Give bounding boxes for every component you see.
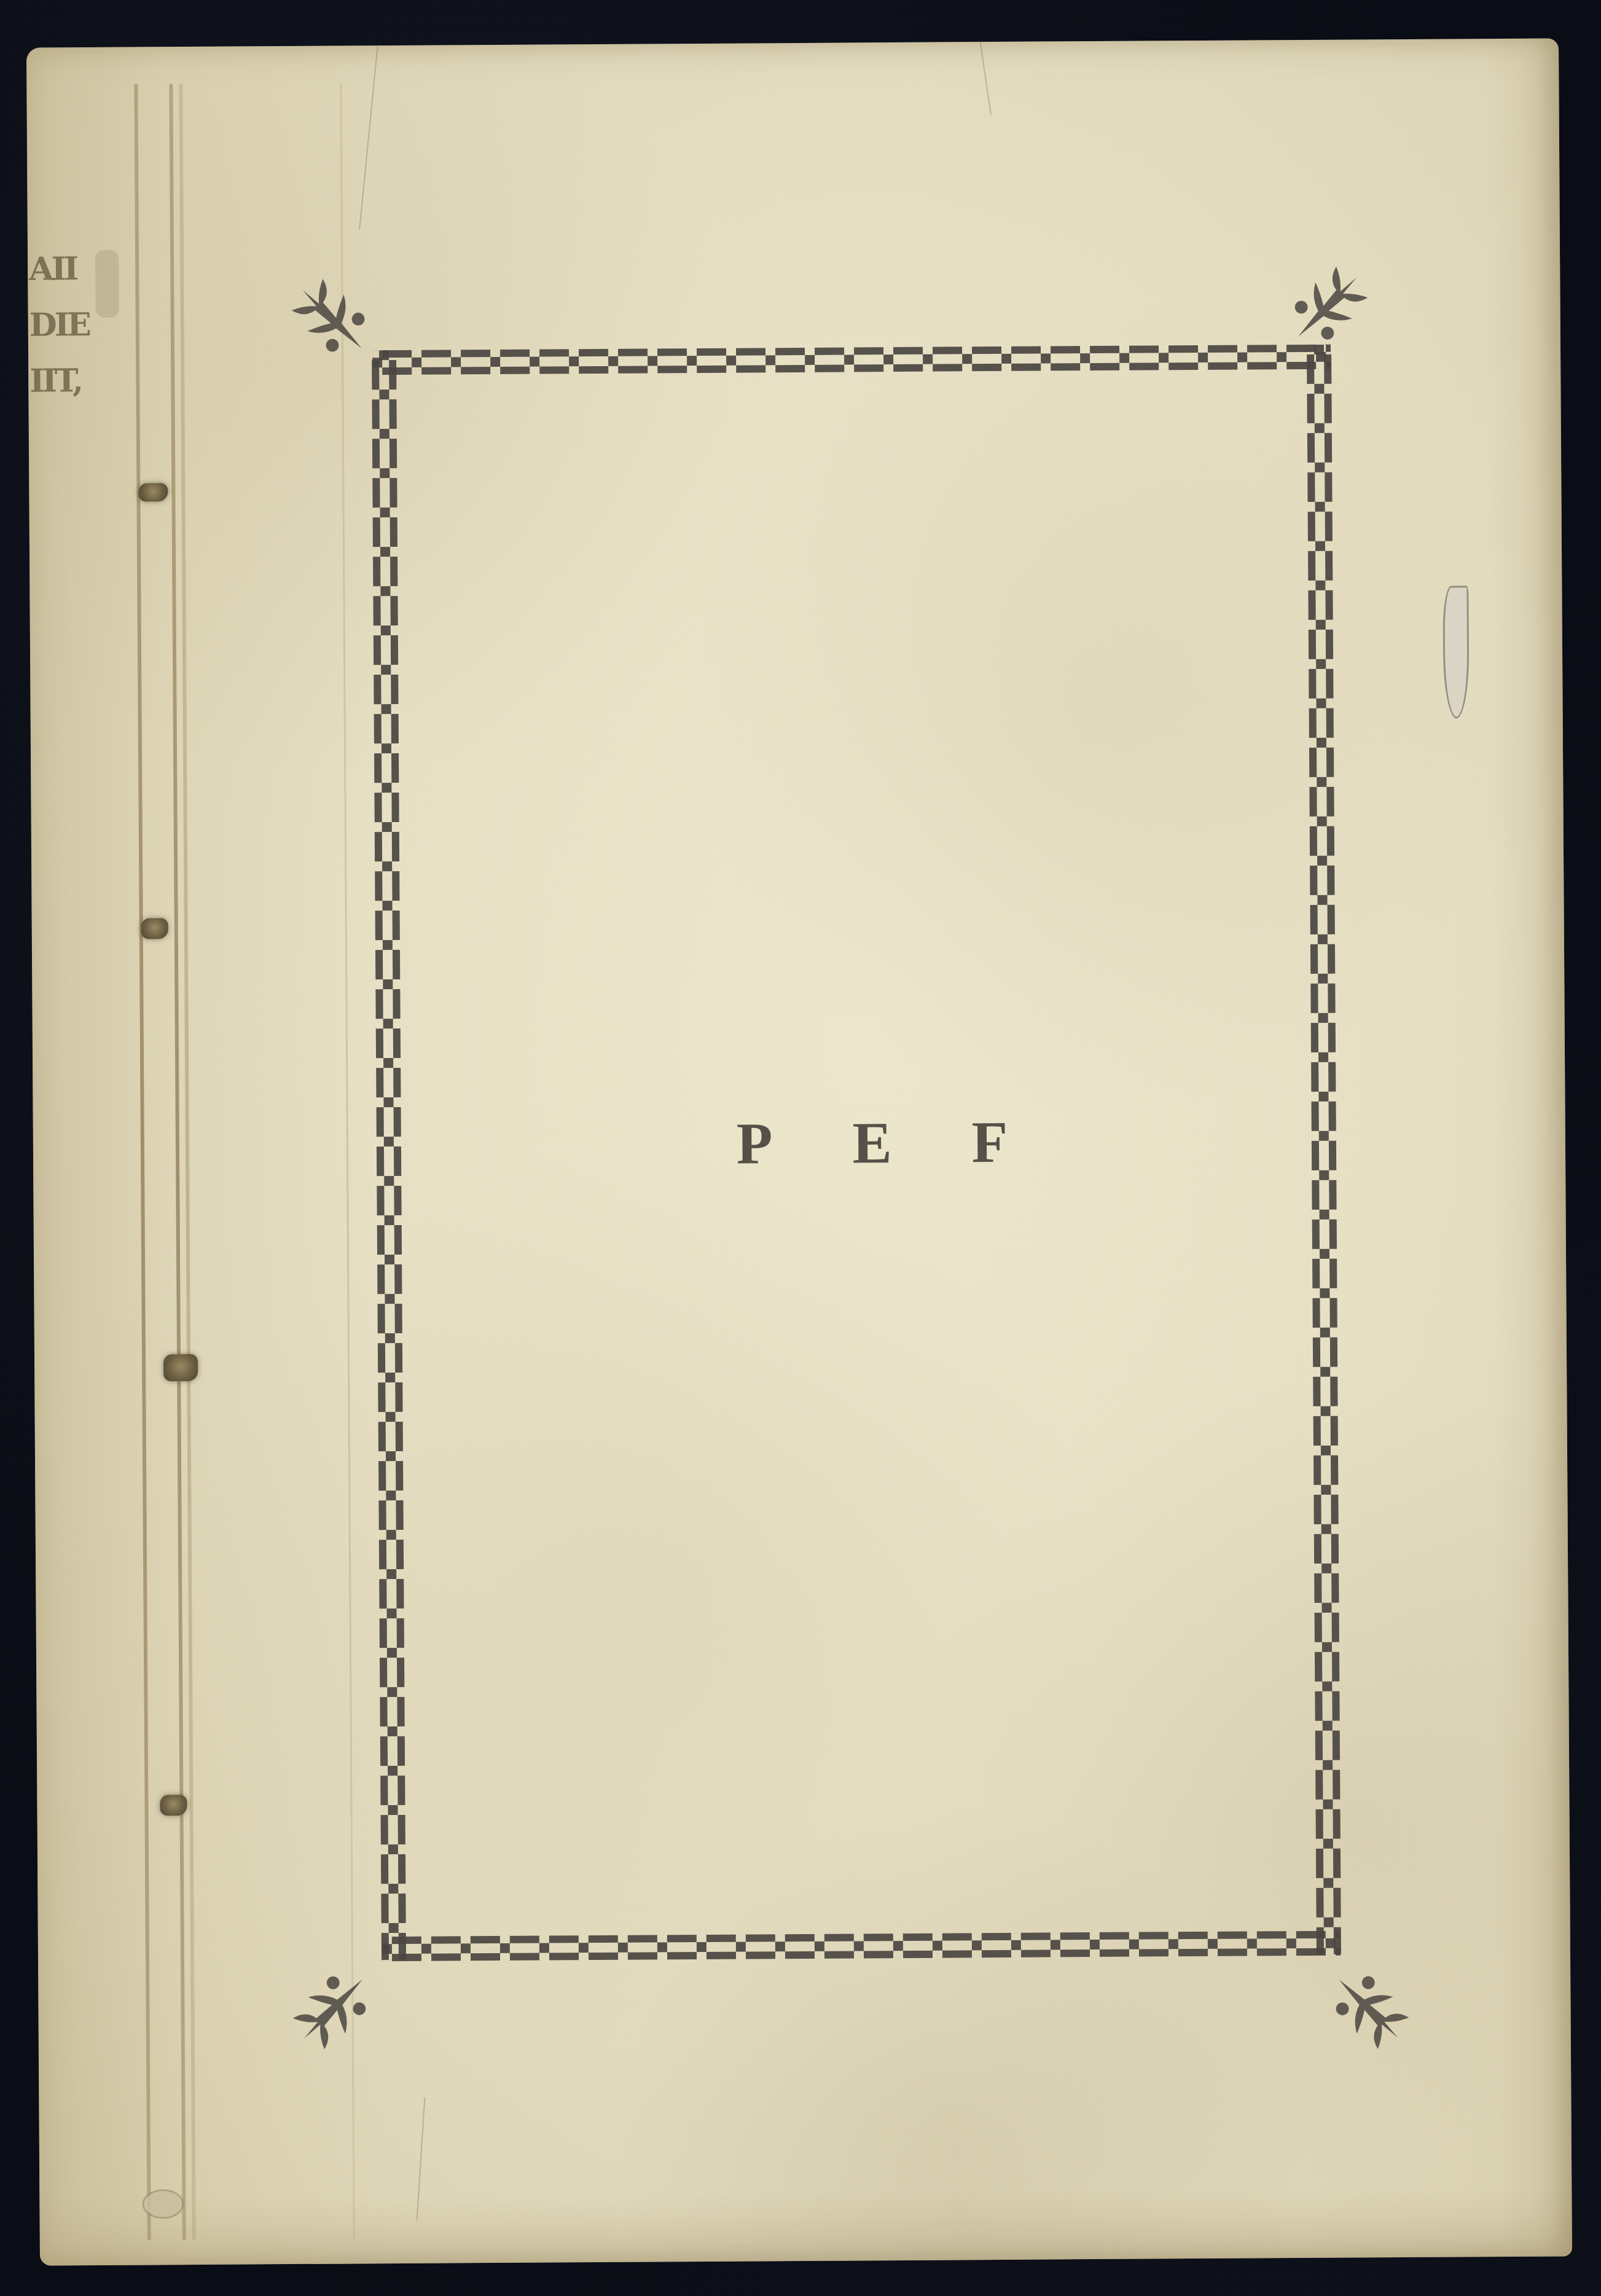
spine-label-patch: [95, 250, 119, 318]
crease-line: [980, 42, 992, 116]
knot-icon: [141, 918, 168, 939]
spine-ridge-line: [134, 84, 151, 2241]
knot-icon: [160, 1795, 187, 1816]
knot-icon: [163, 1354, 198, 1381]
initial-letter: F: [971, 1108, 1008, 1176]
border-top: [372, 345, 1331, 375]
knot-icon: [138, 483, 168, 501]
joint-crease-line: [340, 83, 354, 2239]
fleuron-ornament-icon: [1303, 1943, 1433, 2074]
initial-letter: E: [852, 1108, 892, 1177]
knot-icon: [144, 2191, 182, 2217]
spine-fragment: IIT,: [29, 362, 72, 399]
spine-title-fragments: AII DIE IIT,: [29, 250, 72, 399]
stamped-initials: P E F: [737, 1108, 1008, 1178]
spine-fragment: AII: [29, 250, 72, 288]
spine-fragment: DIE: [29, 306, 72, 343]
fore-edge-tear: [1442, 586, 1469, 718]
fore-edge-fold: [1485, 38, 1572, 2257]
border-bottom: [382, 1931, 1341, 1962]
border-right: [1307, 345, 1341, 1954]
initial-letter: P: [737, 1109, 773, 1177]
vellum-book-cover: AII DIE IIT,: [26, 38, 1572, 2265]
